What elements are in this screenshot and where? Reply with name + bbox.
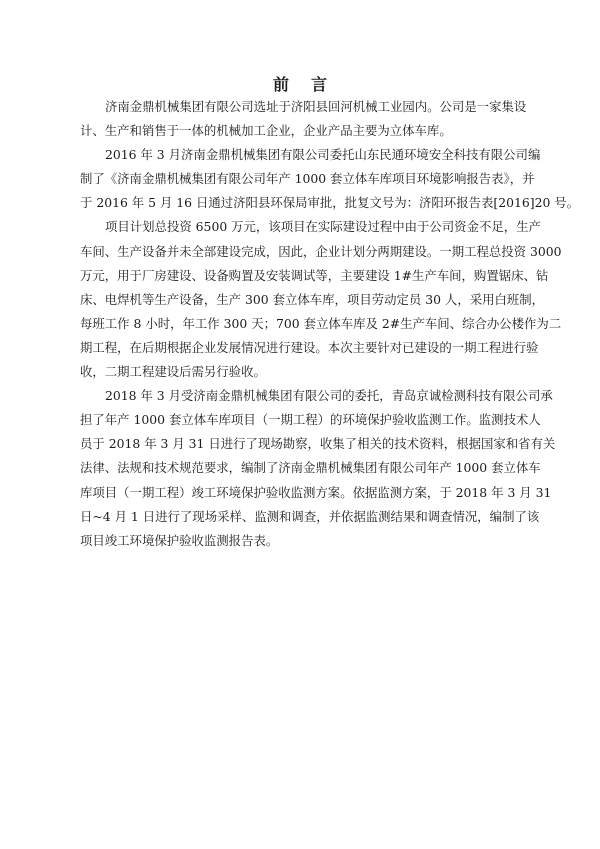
document-body: 济南金鼎机械集团有限公司选址于济阳县回河机械工业园内。公司是一家集设 计、生产和… — [80, 95, 525, 553]
paragraph-3: 项目计划总投资 6500 万元，该项目在实际建设过程中由于公司资金不足，生产 车… — [80, 215, 525, 384]
text-line: 项目计划总投资 6500 万元，该项目在实际建设过程中由于公司资金不足，生产 — [80, 215, 525, 239]
document-page: 前言 济南金鼎机械集团有限公司选址于济阳县回河机械工业园内。公司是一家集设 计、… — [0, 0, 600, 849]
text-line: 制了《济南金鼎机械集团有限公司年产 1000 套立体车库项目环境影响报告表》，并 — [80, 167, 525, 191]
text-line: 期工程，在后期根据企业发展情况进行建设。本次主要针对已建设的一期工程进行验 — [80, 336, 525, 360]
text-line: 每班工作 8 小时，年工作 300 天；700 套立体车库及 2#生产车间、综合… — [80, 312, 525, 336]
text-line: 项目竣工环境保护验收监测报告表。 — [80, 529, 525, 553]
paragraph-1: 济南金鼎机械集团有限公司选址于济阳县回河机械工业园内。公司是一家集设 计、生产和… — [80, 95, 525, 143]
text-line: 日~4 月 1 日进行了现场采样、监测和调查，并依据监测结果和调查情况，编制了该 — [80, 505, 525, 529]
text-line: 员于 2018 年 3 月 31 日进行了现场勘察，收集了相关的技术资料，根据国… — [80, 432, 525, 456]
text-line: 计、生产和销售于一体的机械加工企业，企业产品主要为立体车库。 — [80, 119, 525, 143]
text-line: 2018 年 3 月受济南金鼎机械集团有限公司的委托，青岛京诚检测科技有限公司承 — [80, 384, 525, 408]
text-line: 车间、生产设备并未全部建设完成，因此，企业计划分两期建设。一期工程总投资 300… — [80, 240, 525, 264]
text-line: 济南金鼎机械集团有限公司选址于济阳县回河机械工业园内。公司是一家集设 — [80, 95, 525, 119]
paragraph-4: 2018 年 3 月受济南金鼎机械集团有限公司的委托，青岛京诚检测科技有限公司承… — [80, 384, 525, 553]
text-line: 床、电焊机等生产设备，生产 300 套立体车库，项目劳动定员 30 人，采用白班… — [80, 288, 525, 312]
text-line: 库项目（一期工程）竣工环境保护验收监测方案。依据监测方案，于 2018 年 3 … — [80, 481, 525, 505]
paragraph-2: 2016 年 3 月济南金鼎机械集团有限公司委托山东民通环境安全科技有限公司编 … — [80, 143, 525, 215]
text-line: 收，二期工程建设后需另行验收。 — [80, 360, 525, 384]
text-line: 担了年产 1000 套立体车库项目（一期工程）的环境保护验收监测工作。监测技术人 — [80, 408, 525, 432]
page-title: 前言 — [0, 74, 600, 96]
text-line: 2016 年 3 月济南金鼎机械集团有限公司委托山东民通环境安全科技有限公司编 — [80, 143, 525, 167]
text-line: 法律、法规和技术规范要求，编制了济南金鼎机械集团有限公司年产 1000 套立体车 — [80, 456, 525, 480]
text-line: 万元，用于厂房建设、设备购置及安装调试等，主要建设 1#生产车间，购置锯床、钻 — [80, 264, 525, 288]
text-line: 于 2016 年 5 月 16 日通过济阳县环保局审批，批复文号为：济阳环报告表… — [80, 191, 525, 215]
